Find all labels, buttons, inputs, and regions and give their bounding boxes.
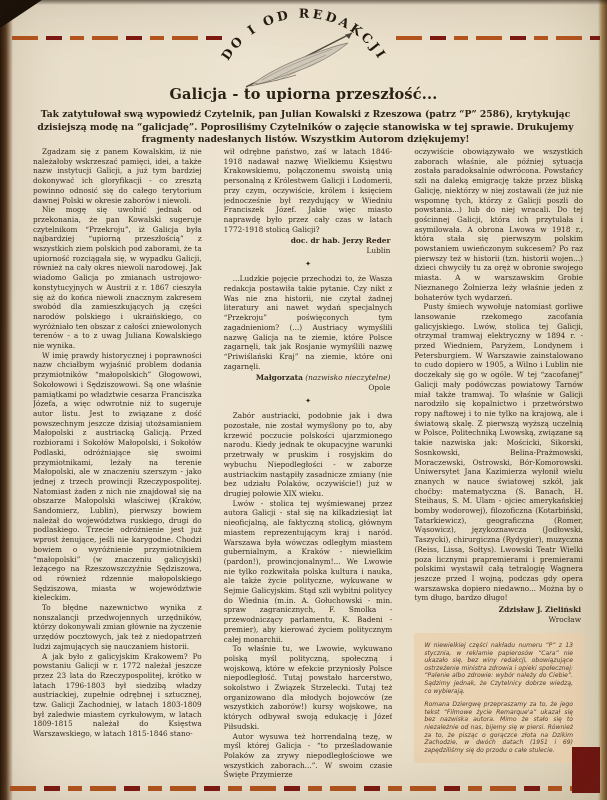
letter-paragraph: To właśnie tu, we Lwowie, wykuwano polsk… [224,644,393,731]
letter-paragraph: oczywiście obowiązywało we wszystkich za… [414,147,583,302]
ornamental-rule-bottom [10,786,597,791]
corner-red-block [572,747,600,793]
letter-paragraph: W imię prawdy historycznej i poprawności… [33,351,202,603]
page-left-edge [0,0,13,800]
letter-paragraph: ...Ludzkie pojęcie przechodzi to, że Was… [224,274,393,371]
signature-city: Opole [224,383,391,393]
letter-signature: Małgorzata (nazwisko nieczytelne)Opole [224,373,391,392]
quill-and-arrow-icon [246,33,352,87]
signature-name: doc. dr hab. Jerzy Reder [224,236,391,246]
signature-name: Małgorzata (nazwisko nieczytelne) [224,373,391,383]
kicker-arc-text: DO I OD REDAKCJI [217,6,389,63]
signature-city: Lublin [224,246,391,256]
page-right-edge [598,0,607,800]
letter-paragraph: Lwów - stolica tej wyśmiewanej przez aut… [224,499,393,645]
column-3: oczywiście obowiązywało we wszystkich za… [414,147,583,799]
column-2: wił odrębne państwo, zaś w latach 1846-1… [224,147,393,799]
ornamental-rule-top-right [396,36,600,40]
letter-signature: Zdzisław J. ZielińskiWrocław [414,605,581,624]
letter-paragraph: wił odrębne państwo, zaś w latach 1846-1… [224,147,393,234]
letter-paragraph: Pusty śmiech wywołuje natomiast gorliwe … [414,302,583,603]
diamond-separator-icon: ✦ [224,260,393,269]
diamond-separator-icon: ✦ [224,397,393,406]
letters-columns: Zgadzam się z panem Kowalskim, iż nie na… [33,147,583,799]
letter-paragraph: To błędne nazewnictwo wynika z nonszalan… [33,603,202,652]
signature-name: Zdzisław J. Zieliński [414,605,581,615]
column-1: Zgadzam się z panem Kowalskim, iż nie na… [33,147,202,799]
editorial-note-paragraph: Romana Dziergwę przepraszamy za to, że j… [424,701,573,754]
signature-city: Wrocław [414,615,581,625]
letter-paragraph: Nie mogę się uwolnić jednak od przekonan… [33,205,202,351]
editorial-note-box: W niewielkiej części nakładu numeru “P” … [414,633,583,763]
letter-paragraph: A jak było z galicyjskim Krakowem? Po po… [33,652,202,739]
letter-paragraph: Autor wysuwa też horrendalną tezę, w myś… [224,732,393,781]
section-header: DO I OD REDAKCJI [204,3,404,95]
svg-text:DO I OD REDAKCJI: DO I OD REDAKCJI [217,6,389,63]
ornamental-rule-top-left [12,36,224,40]
magazine-page: DO I OD REDAKCJI Galicja - to upiorna pr… [0,0,607,800]
editorial-intro: Tak zatytułował swą wypowiedź Czytelnik,… [36,109,575,147]
signature-note: (nazwisko nieczytelne) [303,373,390,382]
letter-paragraph: Zgadzam się z panem Kowalskim, iż nie na… [33,147,202,205]
letter-signature: doc. dr hab. Jerzy RederLublin [224,236,391,255]
editorial-note-paragraph: W niewielkiej części nakładu numeru “P” … [424,642,573,695]
page-title: Galicja - to upiorna przeszłość... [0,86,607,103]
letter-paragraph: Zabór austriacki, podobnie jak i dwa poz… [224,411,393,498]
